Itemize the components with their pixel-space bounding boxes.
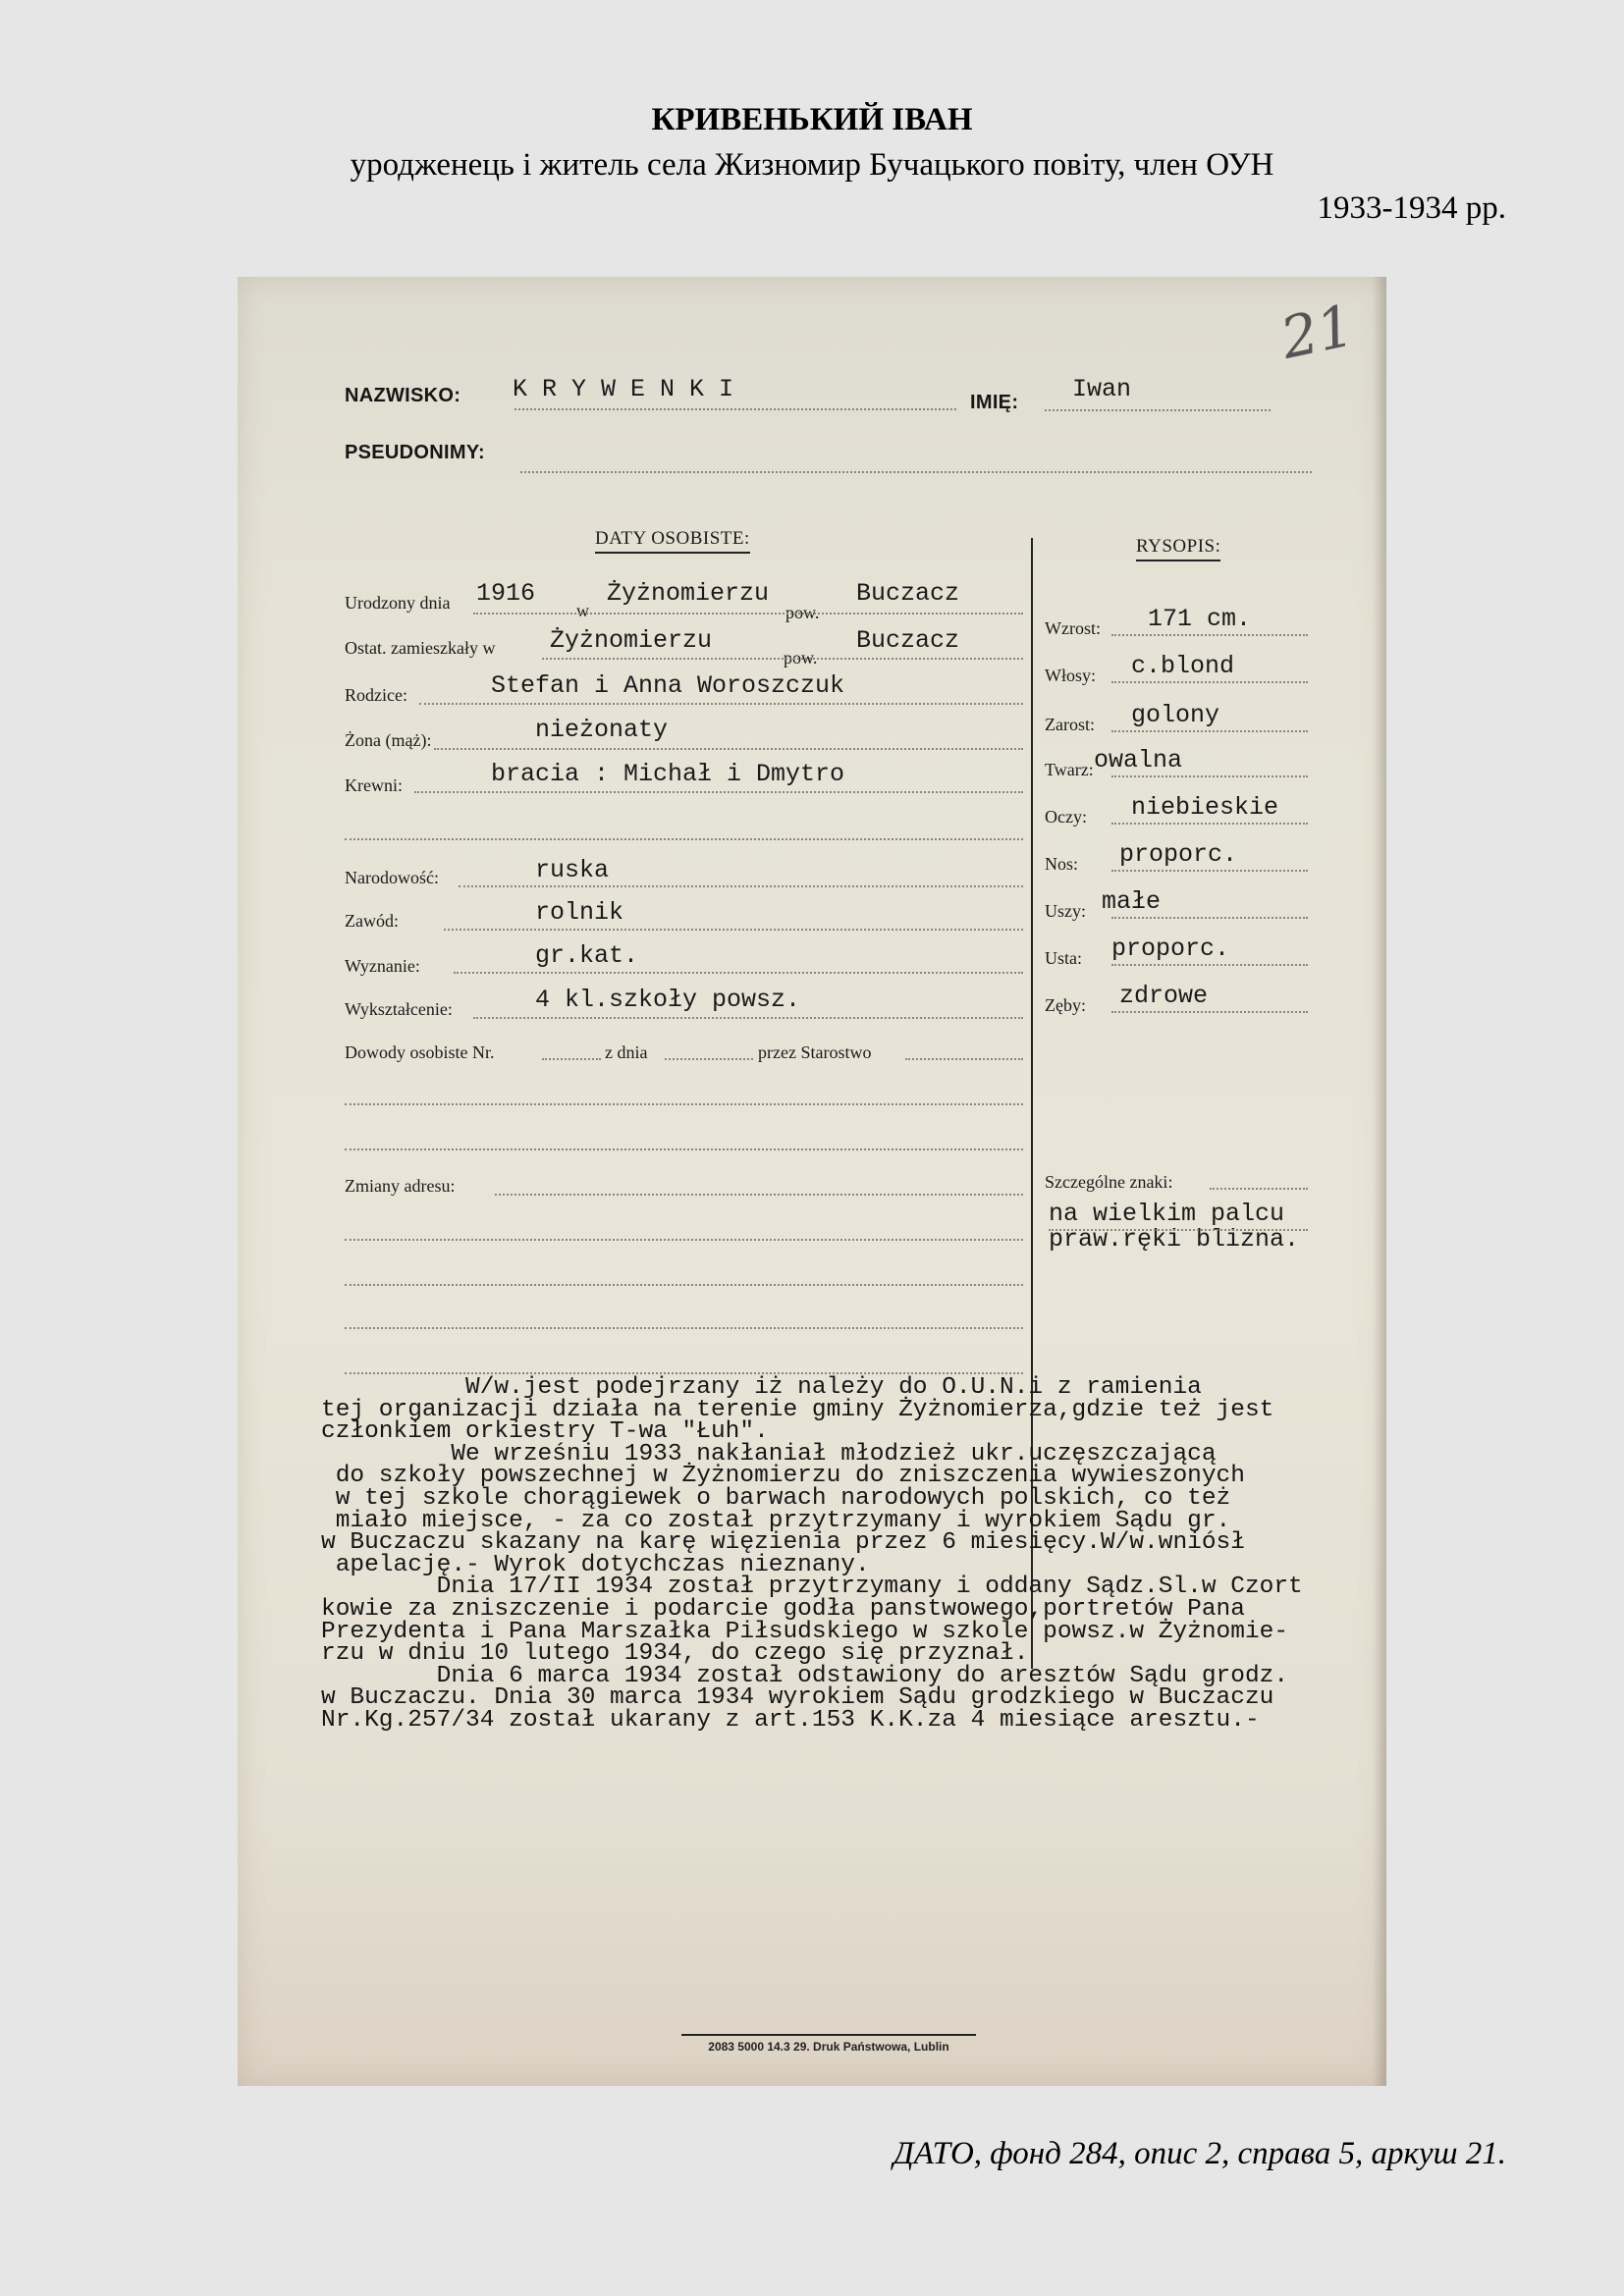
born-in-label: w: [576, 601, 589, 621]
description-value: golony: [1131, 701, 1219, 729]
nationality-value: ruska: [535, 856, 609, 884]
special-marks-line-2: [1049, 1229, 1308, 1231]
religion-value: gr.kat.: [535, 941, 638, 970]
description-label: Usta:: [1045, 948, 1082, 969]
description-line: [1111, 870, 1308, 872]
parents-value: Stefan i Anna Woroszczuk: [491, 671, 844, 700]
first-name-value: Iwan: [1072, 375, 1131, 403]
description-label: Twarz:: [1045, 760, 1094, 780]
address-changes-line-2: [345, 1239, 1023, 1241]
id-docs-date-label: z dnia: [605, 1042, 647, 1063]
id-docs-number-line: [542, 1058, 601, 1060]
born-county: Buczacz: [856, 579, 959, 608]
description-line: [1111, 775, 1308, 777]
document-years: 1933-1934 рр.: [1318, 190, 1507, 227]
occupation-label: Zawód:: [345, 911, 399, 932]
spouse-label: Żona (mąż):: [345, 730, 431, 751]
description-label: Wzrost:: [1045, 618, 1101, 639]
description-label: Oczy:: [1045, 807, 1087, 828]
born-date: 1916: [476, 579, 535, 608]
address-changes-line-3: [345, 1284, 1023, 1286]
religion-label: Wyznanie:: [345, 956, 420, 977]
last-residence-county: Buczacz: [856, 626, 959, 655]
spouse-value: nieżonaty: [535, 716, 668, 744]
description-label: Nos:: [1045, 854, 1078, 875]
description-line: [1111, 964, 1308, 966]
born-place: Żyżnomierzu: [607, 579, 769, 608]
typed-note: W/w.jest podejrzany iż należy do O.U.N.i…: [321, 1377, 1323, 1733]
id-docs-label: Dowody osobiste Nr.: [345, 1042, 495, 1063]
id-docs-issuer-line: [905, 1058, 1023, 1060]
description-value: zdrowe: [1119, 982, 1208, 1010]
description-heading: RYSOPIS:: [1136, 536, 1220, 561]
description-value: niebieskie: [1131, 793, 1278, 822]
description-label: Włosy:: [1045, 666, 1096, 686]
surname-label: NAZWISKO:: [345, 385, 460, 407]
description-label: Zęby:: [1045, 995, 1086, 1016]
occupation-line: [444, 929, 1023, 931]
address-changes-label: Zmiany adresu:: [345, 1176, 455, 1197]
education-label: Wykształcenie:: [345, 999, 453, 1020]
relatives-line-2: [345, 838, 1023, 840]
last-residence-label: Ostat. zamieszkały w: [345, 638, 495, 659]
printer-imprint: 2083 5000 14.3 29. Druk Państwowa, Lubli…: [681, 2034, 976, 2054]
nationality-line: [459, 885, 1023, 887]
last-residence-place: Żyżnomierzu: [550, 626, 712, 655]
address-changes-line-4: [345, 1327, 1023, 1329]
surname-value: K R Y W E N K I: [513, 375, 733, 403]
folio-number: 21: [1275, 292, 1360, 372]
personal-data-heading: DATY OSOBISTE:: [595, 528, 750, 554]
first-name-line: [1045, 409, 1271, 411]
description-label: Uszy:: [1045, 901, 1086, 922]
description-value: 171 cm.: [1148, 605, 1251, 633]
archival-record-sheet: 21 NAZWISKO: K R Y W E N K I IMIĘ: Iwan …: [238, 277, 1386, 2086]
pseudonyms-label: PSEUDONIMY:: [345, 442, 485, 464]
id-docs-issuer-label: przez Starostwo: [758, 1042, 871, 1063]
education-value: 4 kl.szkoły powsz.: [535, 986, 800, 1014]
description-line: [1111, 823, 1308, 825]
description-line: [1111, 730, 1308, 732]
nationality-label: Narodowość:: [345, 868, 439, 888]
relatives-line: [414, 791, 1023, 793]
id-docs-date-line: [665, 1058, 753, 1060]
description-line: [1111, 634, 1308, 636]
relatives-value: bracia : Michał i Dmytro: [491, 760, 844, 788]
special-marks-value: na wielkim palcu praw.ręki blizna.: [1049, 1201, 1299, 1253]
description-line: [1111, 917, 1308, 919]
id-docs-line-2: [345, 1103, 1023, 1105]
description-value: c.blond: [1131, 652, 1234, 680]
religion-line: [454, 972, 1023, 974]
first-name-label: IMIĘ:: [970, 392, 1018, 414]
archive-citation: ДАТО, фонд 284, опис 2, справа 5, аркуш …: [893, 2136, 1506, 2172]
relatives-label: Krewni:: [345, 775, 403, 796]
spouse-line: [434, 748, 1023, 750]
description-value: małe: [1102, 887, 1161, 916]
parents-label: Rodzice:: [345, 685, 407, 706]
address-changes-line: [495, 1194, 1023, 1196]
pseudonyms-line: [520, 471, 1312, 473]
special-marks-line: [1210, 1188, 1308, 1190]
document-title: КРИВЕНЬКИЙ ІВАН: [0, 102, 1624, 138]
occupation-value: rolnik: [535, 898, 623, 927]
last-residence-line: [542, 658, 1023, 660]
born-line: [473, 613, 1023, 614]
surname-line: [514, 408, 956, 410]
special-marks-label: Szczególne znaki:: [1045, 1172, 1172, 1193]
description-line: [1111, 681, 1308, 683]
description-value: proporc.: [1111, 934, 1229, 963]
description-value: proporc.: [1119, 840, 1237, 869]
description-line: [1111, 1011, 1308, 1013]
id-docs-line-3: [345, 1148, 1023, 1150]
parents-line: [419, 703, 1023, 705]
born-label: Urodzony dnia: [345, 593, 450, 614]
description-value: owalna: [1094, 746, 1182, 774]
document-subtitle: уродженець і житель села Жизномир Бучаць…: [0, 147, 1624, 184]
education-line: [473, 1017, 1023, 1019]
description-label: Zarost:: [1045, 715, 1095, 735]
